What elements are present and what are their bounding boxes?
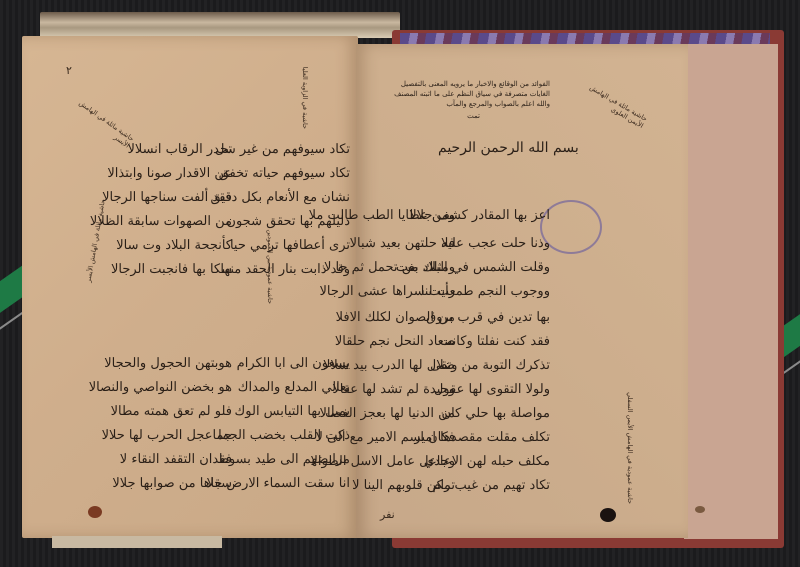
stain — [695, 506, 705, 513]
ink-blot — [600, 508, 616, 522]
verse-line: هوبتهن الحجول والحجالا — [104, 356, 232, 371]
paper-strip — [52, 536, 222, 548]
verse-line: تكاد سيوفهم من غير سل — [215, 142, 350, 157]
verse-line: وذنا حلت عجب عليه — [441, 236, 550, 251]
verse-line: فقد كنت نفلتا وكانت — [440, 334, 550, 349]
header-note-line: تمت — [467, 112, 480, 120]
catchword: نفر — [380, 508, 395, 521]
verse-line: عن الاقدار صونا وابتذالا — [107, 166, 232, 181]
basmala: بسم الله الرحمن الرحيم — [438, 140, 579, 156]
stain — [88, 506, 102, 518]
margin-note: حاشية عمودية في الهامش الأيمن السفلي — [626, 324, 634, 504]
verse-line: ومثلك من تحمل ثم حا لا — [324, 260, 455, 275]
verse-line: رأيت سراها عشى الرجالا — [319, 284, 455, 299]
verse-line: تحدر الرقاب انسلالا — [127, 142, 232, 157]
verse-line: جماعجل الحرب لها حلالا — [102, 428, 232, 443]
verse-line: سقاها من صوابها جلالا — [112, 476, 232, 491]
verse-line: فقد ألفت سناجها الرجالا — [102, 190, 232, 205]
verse-line: تمكن قلوبهم الينا لا — [352, 478, 455, 493]
verse-line: من الصهوات سابقة الظلالا — [90, 214, 232, 229]
verse-line: سكا بها فانجبت الرجالا — [111, 262, 232, 277]
verse-line: فكان اسم الامير مع الى لا — [315, 430, 455, 445]
verse-line: وحيدة لم تشد لها عقالا — [332, 382, 455, 397]
verse-line: ومن عطايا الطب طالت ملا — [309, 208, 455, 223]
margin-note: حاشية عمودية بين العمودين — [266, 104, 274, 304]
header-note-line: الفوائد من الوقائع والاخبار ما يرويه الم… — [401, 80, 550, 88]
header-note-line: الغايات متصرفة في سياق النظم على ما اثبت… — [394, 90, 550, 98]
header-note-line: والله اعلم بالصواب والمرجع والمآب — [446, 100, 550, 108]
verse-line: مواصلة بها حلي كان — [442, 406, 550, 421]
verse-line: ضلال لها الدرب بيد سلالا — [323, 358, 455, 373]
verse-line: تكاد سيوفهم حياته تخفق — [219, 166, 350, 181]
book-edge — [40, 12, 400, 38]
page-mark: ٢ — [66, 64, 72, 77]
verse-line: فقدان التقفد النقاء لا — [120, 452, 232, 467]
verse-line: وجاعل عامل الاسل الطوالا — [310, 454, 455, 469]
verse-line: صعاد النحل نجم حلقالا — [335, 334, 455, 349]
verse-line: فلا حلتهن بعيد شبالا — [350, 236, 455, 251]
endpaper — [684, 44, 778, 539]
verse-line: فلو لم تعق همته مطالا — [111, 404, 232, 419]
verse-line: من الدنيا لها بعجز الفصالا — [320, 406, 455, 421]
verse-line: من الصوان لكلك الافلا — [336, 310, 455, 325]
verse-line: كأنجحة البلاد وت سالا — [116, 238, 232, 253]
verse-line: هو بخضن النواصي والنصالا — [89, 380, 232, 395]
verse-line: ترى أعطافها ترمي حيا — [230, 238, 350, 253]
margin-note: حاشية في الزاوية العليا — [301, 59, 309, 129]
